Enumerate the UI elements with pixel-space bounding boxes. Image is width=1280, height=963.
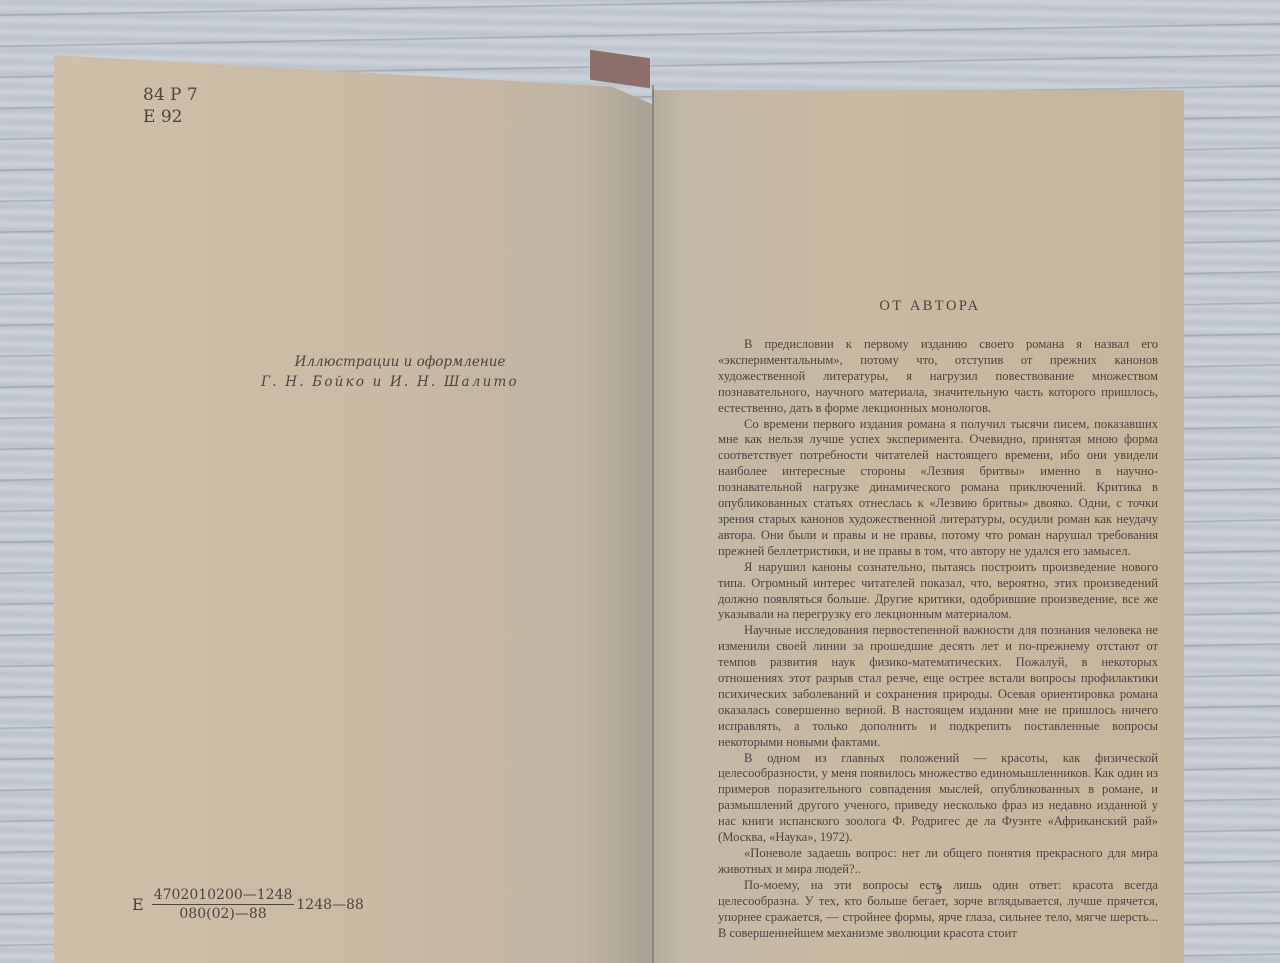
illustration-credits: Иллюстрации и оформление Г. Н. Бойко и И… [265,352,535,392]
book-gutter [652,85,654,963]
imprint-prefix: Е [132,895,144,914]
credits-heading: Иллюстрации и оформление [265,352,535,372]
library-call-number: 84 Р 7 Е 92 [143,84,198,128]
paragraph: Научные исследования первостепенной важн… [718,623,1158,750]
paragraph: В предисловии к первому изданию своего р… [718,337,1158,417]
paragraph: Я нарушил каноны сознательно, пытаясь по… [718,560,1158,624]
quote-paragraph: «Поневоле задаешь вопрос: нет ли общего … [718,846,1158,878]
imprint-fraction: 4702010200—1248 080(02)—88 [152,887,295,922]
imprint-numerator: 4702010200—1248 [152,887,295,905]
imprint-denominator: 080(02)—88 [179,905,266,922]
left-page [54,55,654,963]
credits-names: Г. Н. Бойко и И. Н. Шалито [245,372,535,392]
call-number-line-2: Е 92 [143,106,198,128]
book-cover-edge [590,50,650,88]
imprint-suffix: 1248—88 [296,897,363,913]
foreword-body: В предисловии к первому изданию своего р… [718,337,1158,941]
paragraph: Со времени первого издания романа я полу… [718,417,1158,560]
page-number: 3 [935,882,942,898]
paragraph: В одном из главных положений — красоты, … [718,751,1158,846]
call-number-line-1: 84 Р 7 [143,84,198,106]
imprint-code: Е 4702010200—1248 080(02)—88 1248—88 [132,887,364,922]
chapter-title: ОТ АВТОРА [720,298,1140,315]
